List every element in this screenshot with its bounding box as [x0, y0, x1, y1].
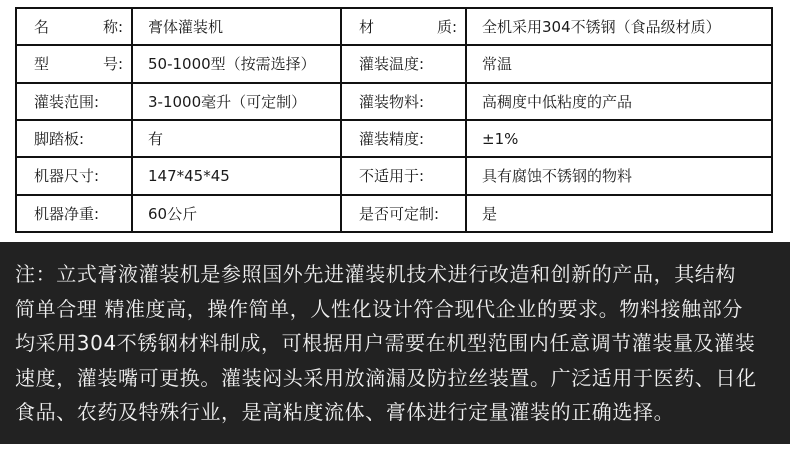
spec-value-material: 全机采用304不锈钢（食品级材质） [466, 8, 772, 45]
spec-value-name: 膏体灌装机 [132, 8, 341, 45]
label-part: 型 [34, 53, 49, 74]
spec-label-range: 灌装范围: [16, 83, 132, 120]
table-row: 脚踏板: 有 灌装精度: ±1% [16, 120, 772, 157]
label-part: 名 [34, 16, 49, 37]
spec-label-model: 型号: [16, 45, 132, 82]
label-part: 质: [437, 16, 457, 37]
table-row: 机器尺寸: 147*45*45 不适用于: 具有腐蚀不锈钢的物料 [16, 157, 772, 194]
spec-value-weight: 60公斤 [132, 195, 341, 232]
note-line: 速度，灌装嘴可更换。灌装闷头采用放滴漏及防拉丝装置。广泛适用于医药、日化 [15, 361, 776, 396]
spec-label-dimensions: 机器尺寸: [16, 157, 132, 194]
spec-value-customizable: 是 [466, 195, 772, 232]
label-part: 材 [359, 16, 374, 37]
spec-label-temperature: 灌装温度: [341, 45, 466, 82]
note-line: 均采用304不锈钢材料制成，可根据用户需要在机型范围内任意调节灌装量及灌装 [15, 326, 776, 361]
spec-label-name: 名称: [16, 8, 132, 45]
note-line: 注：立式膏液灌装机是参照国外先进灌装机技术进行改造和创新的产品，其结构 [15, 257, 776, 292]
spec-value-dimensions: 147*45*45 [132, 157, 341, 194]
table-row: 灌装范围: 3-1000毫升（可定制） 灌装物料: 高稠度中低粘度的产品 [16, 83, 772, 120]
table-row: 机器净重: 60公斤 是否可定制: 是 [16, 195, 772, 232]
spec-value-pedal: 有 [132, 120, 341, 157]
spec-label-pedal: 脚踏板: [16, 120, 132, 157]
spec-value-not-suitable: 具有腐蚀不锈钢的物料 [466, 157, 772, 194]
spec-label-customizable: 是否可定制: [341, 195, 466, 232]
spec-value-range: 3-1000毫升（可定制） [132, 83, 341, 120]
note-line: 简单合理 精准度高，操作简单，人性化设计符合现代企业的要求。物料接触部分 [15, 292, 776, 327]
spec-label-material: 材质: [341, 8, 466, 45]
table-row: 型号: 50-1000型（按需选择） 灌装温度: 常温 [16, 45, 772, 82]
spec-value-model: 50-1000型（按需选择） [132, 45, 341, 82]
spec-value-temperature: 常温 [466, 45, 772, 82]
spec-label-weight: 机器净重: [16, 195, 132, 232]
spec-value-accuracy: ±1% [466, 120, 772, 157]
label-part: 称: [103, 16, 123, 37]
note-line: 食品、农药及特殊行业，是高粘度流体、膏体进行定量灌装的正确选择。 [15, 395, 776, 430]
spec-label-not-suitable: 不适用于: [341, 157, 466, 194]
spec-table: 名称: 膏体灌装机 材质: 全机采用304不锈钢（食品级材质） 型号: 50-1… [15, 7, 773, 233]
spec-label-fill-material: 灌装物料: [341, 83, 466, 120]
label-part: 号: [103, 53, 123, 74]
spec-value-fill-material: 高稠度中低粘度的产品 [466, 83, 772, 120]
spec-label-accuracy: 灌装精度: [341, 120, 466, 157]
table-row: 名称: 膏体灌装机 材质: 全机采用304不锈钢（食品级材质） [16, 8, 772, 45]
note-panel: 注：立式膏液灌装机是参照国外先进灌装机技术进行改造和创新的产品，其结构 简单合理… [0, 242, 790, 444]
